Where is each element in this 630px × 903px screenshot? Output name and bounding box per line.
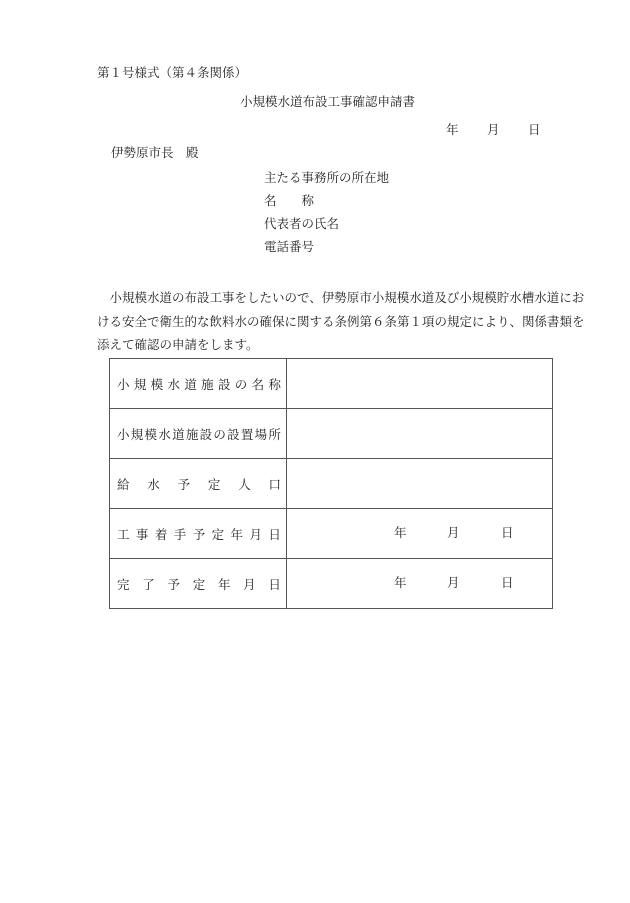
label-char: 着 [155, 525, 168, 543]
construction-start-date-label: 工事着手予定年月日 [110, 509, 287, 559]
completion-date-field[interactable]: 年 月 日 [287, 559, 553, 609]
table-row: 完了予定年月日 年 月 日 [110, 559, 553, 609]
applicant-name-label: 名 称 [264, 195, 314, 208]
label-char: 設 [200, 425, 213, 443]
applicant-office-address-label: 主たる事務所の所在地 [264, 172, 389, 185]
label-char: の [213, 425, 226, 443]
label-char: 日 [268, 575, 281, 593]
facility-name-field[interactable] [287, 359, 553, 409]
label-char: 施 [201, 375, 214, 393]
month-label: 月 [447, 577, 460, 590]
label-char: 事 [136, 525, 149, 543]
table-row: 給水予定人口 [110, 459, 553, 509]
table-row: 小規模水道施設の名称 [110, 359, 553, 409]
label-char: 月 [243, 575, 256, 593]
application-statement: 小規模水道の布設工事をしたいので、伊勢原市小規模水道及び小規模貯水槽水道における… [97, 286, 587, 357]
label-char: 了 [142, 575, 155, 593]
planned-population-label: 給水予定人口 [110, 459, 287, 509]
label-char: 日 [268, 525, 281, 543]
planned-population-field[interactable] [287, 459, 553, 509]
table-row: 小規模水道施設の設置場所 [110, 409, 553, 459]
day-label: 日 [501, 577, 514, 590]
label-char: 模 [151, 375, 164, 393]
applicant-phone-label: 電話番号 [264, 241, 314, 254]
year-label: 年 [394, 577, 407, 590]
form-number: 第１号様式（第４条関係） [97, 67, 247, 80]
label-char: 模 [145, 425, 158, 443]
document-title: 小規模水道布設工事確認申請書 [240, 96, 415, 109]
label-char: 道 [184, 375, 197, 393]
label-char: 施 [186, 425, 199, 443]
label-char: 手 [174, 525, 187, 543]
label-char: 所 [268, 425, 281, 443]
year-label: 年 [394, 527, 407, 540]
label-char: 完 [117, 575, 130, 593]
day-label: 日 [501, 527, 514, 540]
label-char: 月 [249, 525, 262, 543]
label-char: 称 [268, 375, 281, 393]
applicant-representative-label: 代表者の氏名 [264, 218, 339, 231]
label-char: 口 [268, 475, 281, 493]
completion-date-label: 完了予定年月日 [110, 559, 287, 609]
label-char: 置 [241, 425, 254, 443]
label-char: の [235, 375, 248, 393]
label-char: 設 [218, 375, 231, 393]
month-label: 月 [447, 527, 460, 540]
facility-location-label: 小規模水道施設の設置場所 [110, 409, 287, 459]
label-char: 水 [167, 375, 180, 393]
label-char: 予 [167, 575, 180, 593]
label-char: 予 [193, 525, 206, 543]
label-char: 工 [117, 525, 130, 543]
label-char: 給 [117, 475, 130, 493]
addressee: 伊勢原市長 殿 [111, 147, 199, 160]
label-char: 定 [212, 525, 225, 543]
facility-location-field[interactable] [287, 409, 553, 459]
label-char: 水 [147, 475, 160, 493]
date-month-label: 月 [487, 124, 500, 137]
date-day-label: 日 [528, 124, 541, 137]
label-char: 定 [193, 575, 206, 593]
construction-start-date-field[interactable]: 年 月 日 [287, 509, 553, 559]
date-year-label: 年 [446, 124, 459, 137]
label-char: 規 [134, 375, 147, 393]
label-char: 場 [255, 425, 268, 443]
label-char: 道 [172, 425, 185, 443]
label-char: 水 [158, 425, 171, 443]
label-char: 定 [208, 475, 221, 493]
label-char: 小 [117, 425, 130, 443]
label-char: 小 [117, 375, 130, 393]
label-char: 設 [227, 425, 240, 443]
label-char: 年 [218, 575, 231, 593]
label-char: 予 [178, 475, 191, 493]
application-table: 小規模水道施設の名称 小規模水道施設の設置場所 給水予定人口 工事着手予定年月日… [109, 358, 553, 609]
label-char: 人 [238, 475, 251, 493]
label-char: 年 [231, 525, 244, 543]
table-row: 工事着手予定年月日 年 月 日 [110, 509, 553, 559]
label-char: 名 [252, 375, 265, 393]
facility-name-label: 小規模水道施設の名称 [110, 359, 287, 409]
label-char: 規 [131, 425, 144, 443]
